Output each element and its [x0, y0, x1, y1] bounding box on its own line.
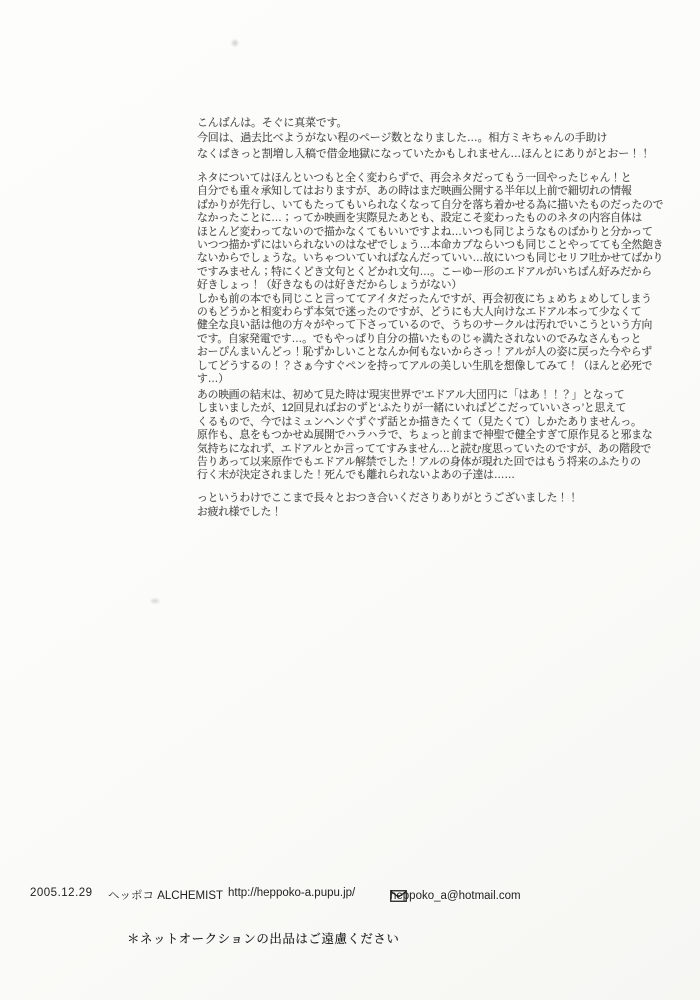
closing-paragraph: っというわけでここまで長々とおつき合いくださりありがとうございました！！ お疲れ…	[197, 492, 667, 519]
afterword-main-paragraph: ネタについてはほんといつもと全く変わらずで、再会ネタだってもう一回やったじゃん！…	[197, 172, 669, 387]
colophon-footer: 2005.12.29 ヘッポコ ALCHEMIST http://heppoko…	[0, 884, 700, 904]
scanned-page: こんばんは。そぐに真菜です。 今回は、過去比べようがない程のページ数となりました…	[0, 0, 700, 1000]
email-address: heppoko_a@hotmail.com	[390, 890, 521, 902]
scan-speck	[151, 599, 159, 603]
publication-date: 2005.12.29	[30, 887, 93, 899]
scan-speck	[232, 40, 238, 46]
greeting-paragraph: こんばんは。そぐに真菜です。 今回は、過去比べようがない程のページ数となりました…	[197, 116, 667, 162]
website-url: http://heppoko-a.pupu.jp/	[228, 887, 355, 899]
auction-notice: ＊ネットオークションの出品はご遠慮ください	[127, 929, 399, 947]
circle-name: ヘッポコ ALCHEMIST	[108, 887, 223, 903]
movie-comments-paragraph: あの映画の結末は、初めて見た時は‘現実世界で’エドアル大団円に「はあ！！？」とな…	[197, 389, 669, 483]
